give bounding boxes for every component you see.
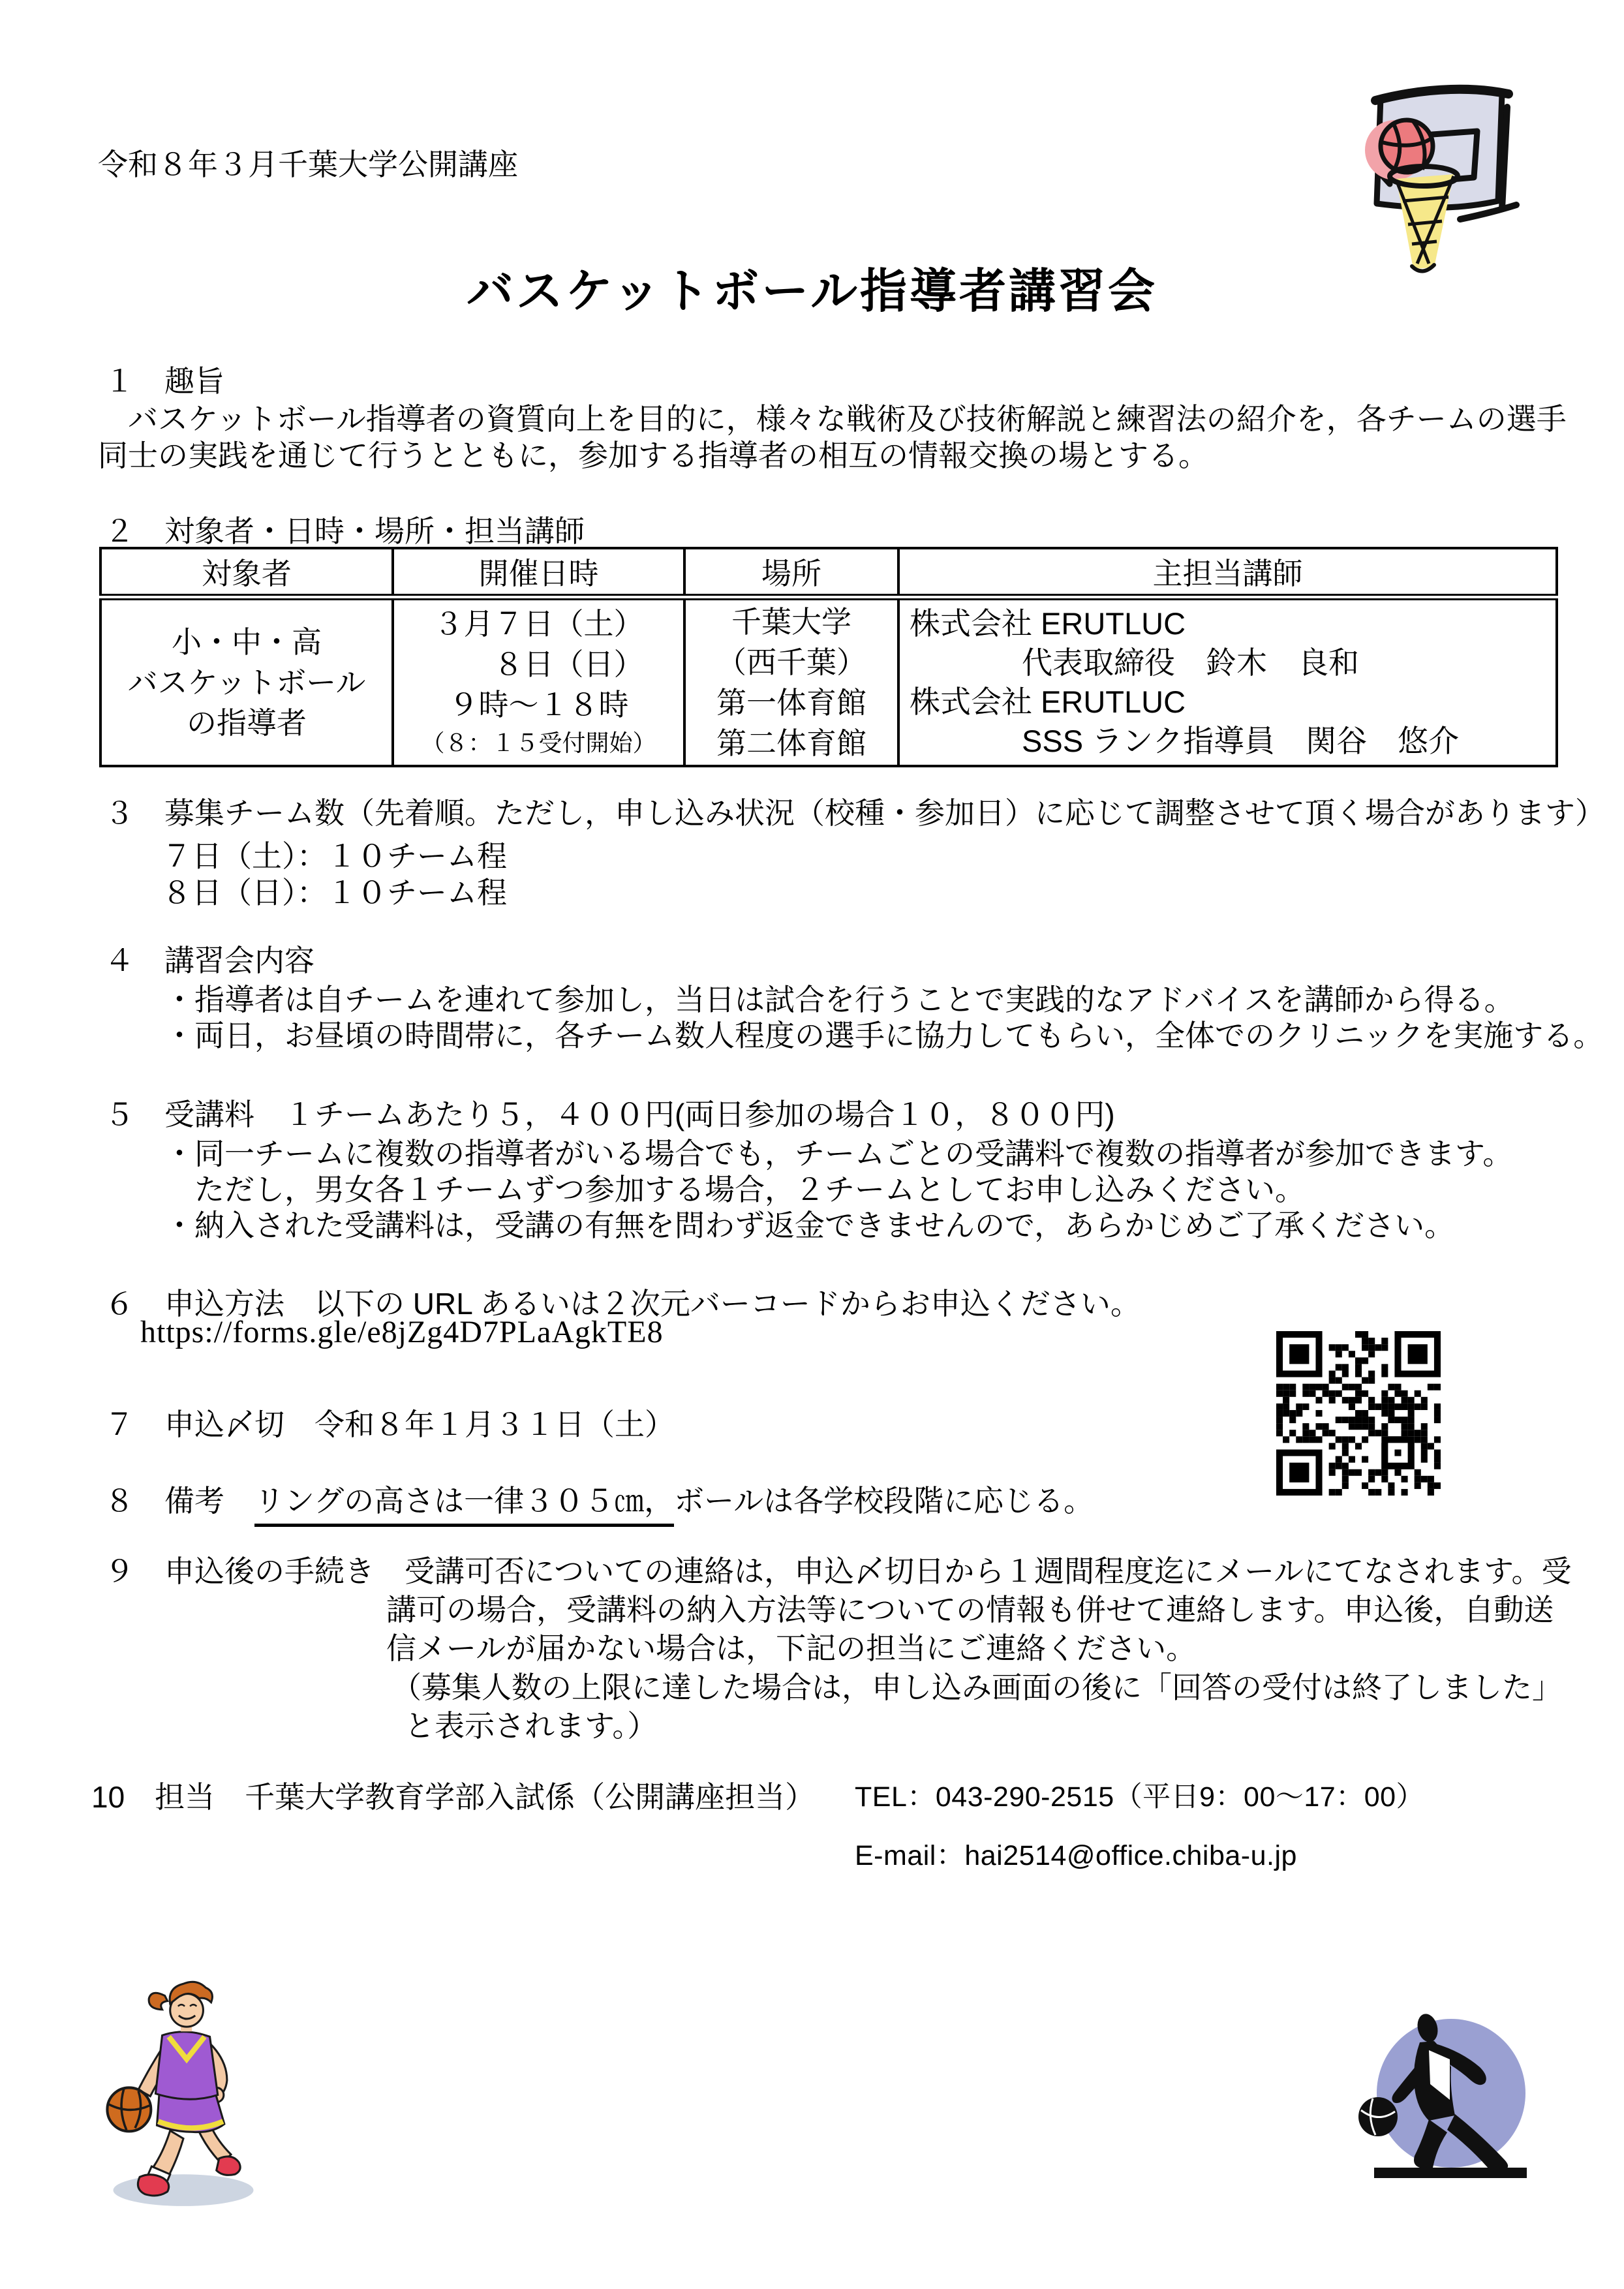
section-9-line3: 信メールが届かない場合は，下記の担当にご連絡ください。 (386, 1630, 1196, 1668)
section-9-line5: と表示されます。） (405, 1708, 657, 1745)
remarks-underlined-text: リングの高さは一律３０５㎝， (254, 1484, 674, 1527)
table-header-place: 場所 (684, 548, 898, 597)
audience-line: バスケットボール (102, 662, 391, 703)
section-1-text-line2: 同士の実践を通じて行うとともに，参加する指導者の相互の情報交換の場とする。 (98, 437, 1208, 475)
table-header-datetime: 開催日時 (393, 548, 684, 597)
table-header-instructor: 主担当講師 (898, 548, 1557, 597)
place-line: 第二体育館 (686, 723, 896, 763)
schedule-table: 対象者 開催日時 場所 主担当講師 小・中・高 バスケットボール の指導者 ３月… (99, 547, 1558, 767)
cell-audience: 小・中・高 バスケットボール の指導者 (100, 597, 393, 766)
datetime-line: ９時～１８時 (395, 684, 682, 725)
page-title: バスケットボール指導者講習会 (0, 253, 1624, 321)
datetime-line: ３月７日（土） (395, 604, 682, 644)
cell-datetime: ３月７日（土） ８日（日） ９時～１８時 （８：１５受付開始） (393, 597, 684, 766)
section-2-heading: ２ 対象者・日時・場所・担当講師 (104, 513, 585, 551)
table-header-row: 対象者 開催日時 場所 主担当講師 (100, 548, 1557, 597)
section-5-line2: ただし，男女各１チームずつ参加する場合，２チームとしてお申し込みください。 (194, 1171, 1305, 1209)
contact-tel: TEL：043-290-2515（平日9：00～17：00） (855, 1780, 1424, 1815)
section-9-line4: （募集人数の上限に達した場合は，申し込み画面の後に「回答の受付は終了しました」 (391, 1669, 1562, 1707)
section-9-line1: ９ 申込後の手続き 受講可否についての連絡は，申込〆切日から１週間程度迄にメール… (104, 1553, 1571, 1591)
section-5-line3: ・納入された受講料は，受講の有無を問わず返金できませんので，あらかじめご了承くだ… (164, 1207, 1454, 1245)
audience-line: の指導者 (102, 703, 391, 743)
section-1-heading: １ 趣旨 (104, 363, 224, 401)
section-3-line1: ７日（土）：１０チーム程 (162, 838, 507, 876)
cell-place: 千葉大学 （西千葉） 第一体育館 第二体育館 (684, 597, 898, 766)
section-1-text-line1: バスケットボール指導者の資質向上を目的に，様々な戦術及び技術解説と練習法の紹介を… (98, 401, 1567, 438)
application-url: https://forms.gle/e8jZg4D7PLaAgkTE8 (140, 1314, 664, 1350)
remarks-prefix: ８ 備考 (104, 1484, 254, 1518)
table-row: 小・中・高 バスケットボール の指導者 ３月７日（土） ８日（日） ９時～１８時… (100, 597, 1557, 766)
section-5-line1: ・同一チームに複数の指導者がいる場合でも，チームごとの受講料で複数の指導者が参加… (164, 1135, 1512, 1173)
place-line: 千葉大学 (686, 602, 896, 642)
abstract-basketball-player-icon (1352, 2005, 1535, 2197)
section-4-bullet1: ・指導者は自チームを連れて参加し，当日は試合を行うことで実践的なアドバイスを講師… (164, 981, 1514, 1019)
instructor-company: 株式会社 ERUTLUC (900, 683, 1555, 722)
instructor-person: SSS ランク指導員 関谷 悠介 (900, 722, 1555, 761)
instructor-company: 株式会社 ERUTLUC (900, 604, 1555, 643)
qr-code (1276, 1331, 1441, 1496)
section-10-contact: 10 担当 千葉大学教育学部入試係（公開講座担当） (91, 1779, 815, 1817)
table-header-audience: 対象者 (100, 548, 393, 597)
instructor-person: 代表取締役 鈴木 良和 (900, 643, 1555, 683)
section-4-heading: ４ 講習会内容 (104, 942, 314, 980)
cell-instructors: 株式会社 ERUTLUC 代表取締役 鈴木 良和 株式会社 ERUTLUC SS… (898, 597, 1557, 766)
place-line: （西千葉） (686, 642, 896, 683)
place-line: 第一体育館 (686, 683, 896, 723)
section-3-line2: ８日（日）：１０チーム程 (162, 874, 507, 912)
audience-line: 小・中・高 (102, 622, 391, 662)
section-7-heading: ７ 申込〆切 令和８年１月３１日（土） (104, 1406, 675, 1444)
contact-email: E-mail：hai2514@office.chiba-u.jp (855, 1839, 1297, 1874)
remarks-rest: ボールは各学校段階に応じる。 (674, 1484, 1094, 1518)
section-8-remarks: ８ 備考 リングの高さは一律３０５㎝，ボールは各学校段階に応じる。 (104, 1482, 1094, 1520)
section-9-line2: 講可の場合，受講料の納入方法等についての情報も併せて連絡します。申込後，自動送 (386, 1591, 1554, 1629)
girl-dribbling-basketball-icon (98, 1972, 268, 2210)
datetime-note: （８：１５受付開始） (395, 725, 682, 761)
section-3-heading: ３ 募集チーム数（先着順。ただし，申し込み状況（校種・参加日）に応じて調整させて… (104, 795, 1605, 833)
flyer-page: { "page": { "issuer_note": "令和８年３月千葉大学公開… (0, 0, 1624, 2289)
section-5-heading: ５ 受講料 １チームあたり５，４００円(両日参加の場合１０，８００円) (104, 1096, 1115, 1134)
issuer-note: 令和８年３月千葉大学公開講座 (98, 146, 518, 184)
datetime-line: ８日（日） (395, 644, 682, 684)
section-4-bullet2: ・両日，お昼頃の時間帯に，各チーム数人程度の選手に協力してもらい，全体でのクリニ… (164, 1017, 1603, 1055)
